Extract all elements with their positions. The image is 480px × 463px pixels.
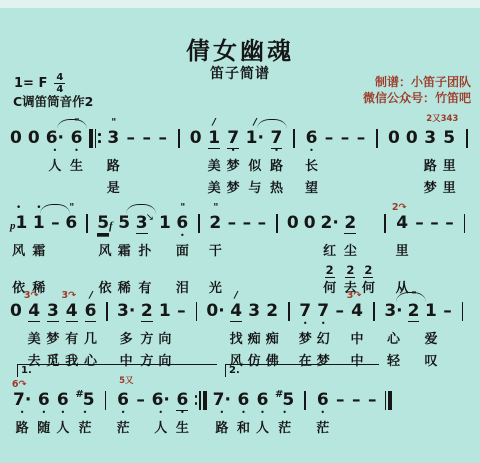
barline-begin [89,128,101,148]
lyric-l1 [388,419,389,439]
barline-final [385,390,392,410]
note-cell: /1·似与 [246,116,264,199]
note-cell: 2又3433路梦 [424,116,437,199]
repeat-dots [98,133,101,142]
note-cell: 7•梦在 [299,289,312,372]
lyric-l1 [411,157,412,177]
octave-dot-below: • [60,410,65,417]
note-number: 2 [266,301,278,321]
note-number: 0 [304,213,316,233]
lyric-l1 [393,157,394,177]
barline-cell [369,289,379,372]
note-number: 2· [321,213,339,233]
lyric-l1 [372,419,373,439]
lyric-l1 [309,242,310,262]
note-number: 6 [238,390,250,410]
barline-cell [372,116,382,199]
note-number: 3 [248,301,260,321]
barline-cell [194,201,204,299]
octave-dot-above: • [16,203,21,213]
lyric-l1 [368,242,369,262]
lyric-l1: 美 [208,157,221,177]
note-number: 6· [152,390,170,410]
note-cell: 7•梦梦 [227,116,240,199]
lyric-l2 [411,179,412,199]
grace-note: 2↷ [392,202,407,213]
barline-plain [466,128,468,148]
note-number: 7· [13,390,31,410]
barline-plain [293,128,295,148]
lyric-l2 [345,179,346,199]
note-cell: 6•茫 [316,378,329,439]
lyric-l1 [413,330,414,350]
lyric-l1 [345,157,346,177]
note-cell: – [442,289,452,372]
note-number: – [142,128,151,148]
lyric-l2 [146,179,147,199]
lyric-l1 [215,330,216,350]
volta-bracket: 2. [225,364,379,377]
note-number: 0 [388,128,400,148]
lyric-l1 [146,157,147,177]
note-number: – [325,128,334,148]
note-cell: 3梦觅 [46,289,59,372]
note-cell: – [367,378,377,439]
lyric-l1: 中 [351,330,364,350]
note-cell: ''2方方 [140,289,153,372]
note-number: – [126,128,135,148]
note-cell: 3↷4有我 [64,289,79,372]
lyric-l1 [87,242,88,262]
note-number: – [368,390,377,410]
note-number: 7· [213,390,231,410]
barline-plain [376,128,378,148]
note-number: 6 [57,390,69,410]
lyric-l1: 生 [176,419,189,439]
barline-plain [384,213,386,233]
lyric-l1: 茫 [117,419,130,439]
lyric-l1: 人 [48,157,61,177]
barline-cell [101,378,111,439]
note-cell: – [257,201,267,299]
octave-dot-below: • [180,233,185,240]
lyric-l1 [462,330,463,350]
grace-slash-icon: / [88,290,94,301]
note-number: 7 [299,301,311,321]
note-number: – [257,213,266,233]
note-cell: 6↷7·•路 [13,378,31,439]
lyric-l1 [15,330,16,350]
note-number: 6 [317,390,329,410]
lyric-l2: 与 [248,179,261,199]
barline-cell [459,201,469,299]
note-number [364,213,373,233]
lyric-l1: 梦 [299,330,312,350]
lyric-l2: 梦 [424,179,437,199]
note-cell: 3↘扑有 [136,201,154,299]
alt-note-row: 2 [345,262,355,277]
note-cell: /4找风 [230,289,243,372]
lyric-l1 [361,157,362,177]
note-cell: 0 [287,201,299,299]
trill-icon: '' [180,202,184,213]
barline-cell [174,116,184,199]
note-number: 3 [107,128,119,148]
lyric-l1 [164,242,165,262]
note-number: 6 [65,213,77,233]
note-number: 1 [159,301,171,321]
grace-note: 3↷ [61,290,76,301]
note-cell: – [356,116,366,199]
note-cell: – [429,201,439,299]
note-number: 6 [257,390,269,410]
note-cell: ''6 [65,201,77,299]
note-number: 5 [83,390,95,410]
lyric-l1 [419,242,420,262]
note-cell: 6·•人 [46,116,64,199]
octave-dot-below: • [121,410,126,417]
lyric-l1: 爱 [424,330,437,350]
lyric-l1: 梦 [46,330,59,350]
lyric-l1 [288,330,289,350]
note-cell: ''3路是 [107,116,120,199]
lyric-l1: 人 [154,419,167,439]
octave-dot-below: • [74,148,79,155]
note-cell: – [242,201,252,299]
slur-arc [257,119,287,129]
lyric-l1 [15,157,16,177]
repeat-dots [195,395,198,404]
lyric-l2: 梦 [227,179,240,199]
note-cell: – [414,201,424,299]
lyric-l1: 人 [56,419,69,439]
note-number: 0 [287,213,299,233]
barline-cell [289,116,299,199]
lyric-l2 [377,179,378,199]
note-cell: 1爱叹 [424,289,437,372]
note-cell: 3·心轻 [384,289,402,372]
lyric-l1: 美 [28,330,41,350]
note-cell: /6几心 [84,289,97,372]
octave-dot-below: • [52,148,57,155]
lyric-l2 [162,179,163,199]
lyric-l1: 尘 [344,242,357,262]
note-cell: 1 [159,201,171,299]
lyric-l1: 找 [230,330,243,350]
sheet-music-page: 倩女幽魂 笛子简谱 1= F 4 4 C调笛筒音作2 制谱：小笛子团队 微信公众… [0,0,480,463]
barline-plain [196,301,198,321]
lyric-l2: 美 [208,179,221,199]
lyric-l1: 几 [84,330,97,350]
note-number: 4 [396,213,408,233]
score-line: 006·•人''6•生''3路是–––0/1美美7•梦梦/1·似与7•路热6•长… [10,116,472,199]
lyric-l1 [276,242,277,262]
octave-dot-below: • [260,410,265,417]
alt-note-row: 2 [325,262,335,277]
note-number: 1 [33,213,45,233]
note-cell: – [142,116,152,199]
note-cell: ''2干光 [209,201,222,299]
note-cell: – [136,378,146,439]
note-number: 1 [159,213,171,233]
lyric-l1: 痴 [248,330,261,350]
lyric-l2 [447,352,448,372]
trill-icon: '' [213,202,217,213]
credits: 制谱：小笛子团队 微信公众号：竹笛吧 [363,75,471,106]
lyric-l1 [130,157,131,177]
barline-cell [272,201,282,299]
lyric-l1 [94,157,95,177]
note-cell: 0 [304,201,316,299]
grace-slash-icon: / [233,290,239,301]
lyric-l1 [162,157,163,177]
octave-dot-below: • [219,410,224,417]
barline-cell [82,201,92,299]
slur-arc [396,292,426,302]
note-cell: #5•茫 [275,378,294,439]
barline-cell [457,289,467,372]
lyric-l2 [130,179,131,199]
lyric-l1 [196,330,197,350]
lyric-l2: 是 [107,179,120,199]
barline-plain [288,301,290,321]
credit-line-1: 制谱：小笛子团队 [363,75,471,91]
lyric-l1 [198,242,199,262]
note-cell: •p1风依 [10,201,27,299]
note-number: 3 [424,128,436,148]
barline-plain [373,301,375,321]
lyric-l1 [466,157,467,177]
note-number: 6· [46,128,64,148]
lyric-l2 [178,179,179,199]
note-cell: 6•生 [176,378,189,439]
note-cell: 3·多中 [117,289,135,372]
note-cell: 3↷4美去 [27,289,42,372]
octave-dot-below: • [20,410,25,417]
octave-dot-below: • [321,321,326,328]
note-cell: 2尘2去 [344,201,357,299]
lyric-l1: 红 [323,242,336,262]
lyric-l2 [195,179,196,199]
lyric-l1: 梦 [227,157,240,177]
note-cell: 3↷4中中 [350,289,365,372]
lyric-l1: 痴 [266,330,279,350]
lyric-l1 [356,419,357,439]
note-cell: 7•幻梦 [317,289,330,372]
barline-cell [195,378,207,439]
lyric-l1 [434,242,435,262]
note-number: 4 [230,301,242,322]
lyric-l1 [305,419,306,439]
lyric-l1: 多 [120,330,133,350]
slur-arc [57,119,87,129]
note-cell: •1霜稀 [32,201,45,299]
note-cell: 3痴仿 [248,289,261,372]
lyric-l1 [340,419,341,439]
tuning-note: C调笛筒音作2 [13,92,93,110]
note-number: 4 [28,301,40,322]
barline-cell [89,116,101,199]
lyric-l1 [377,157,378,177]
octave-dot-below: • [158,410,163,417]
slur-arc [126,204,156,214]
note-cell: 0 [406,116,418,199]
octave-dot-below: • [180,410,185,417]
lyric-l1 [195,157,196,177]
lyric-l1: 有 [65,330,78,350]
lyric-l1 [293,157,294,177]
lyric-l1: 似 [248,157,261,177]
grace-slash-icon: / [211,117,217,128]
credit-line-2: 微信公众号：竹笛吧 [363,91,471,107]
barline-plain [178,128,180,148]
barline-plain [304,390,306,410]
note-cell: 6•和 [237,378,250,439]
barline-plain [464,213,466,233]
lyric-l2 [393,179,394,199]
lyric-l2 [466,179,467,199]
note-number: – [445,213,454,233]
lyric-l1 [140,419,141,439]
barline-cell [191,289,201,372]
note-cell: – [176,289,186,372]
slide-down-icon: ↘ [146,213,154,223]
note-number: – [430,213,439,233]
note-cell: 0 [10,289,22,372]
note-cell: ''6•面泪 [176,201,189,299]
lyric-l1 [447,330,448,350]
octave-dot-below: • [83,410,88,417]
lyric-l1 [200,419,201,439]
note-number: 0 [190,128,202,148]
note-number: 2 [408,301,420,322]
octave-dot-below: • [303,321,308,328]
note-number: – [177,301,186,321]
barline-end [195,390,207,410]
barline-plain [462,301,464,321]
alt-note-row: 2 [363,262,373,277]
note-cell: – [227,201,237,299]
alt-note: 2 [363,263,373,278]
note-number: 5 [443,128,455,148]
dynamic-mark: f [109,220,113,233]
lyric-l1 [246,242,247,262]
lyric-l1 [55,242,56,262]
lyric-l2 [33,179,34,199]
note-cell: 2↷4里从 [395,201,410,299]
lyric-l1 [292,242,293,262]
octave-dot-below: • [41,410,46,417]
note-cell: – [335,378,345,439]
lyric-l1: 人 [256,419,269,439]
barline-plain [86,213,88,233]
lyric-l2 [462,352,463,372]
note-cell: 5里里 [443,116,456,199]
note-cell: 0· [206,289,224,372]
lyric-l1: 生 [70,157,83,177]
lyric-l2 [15,179,16,199]
score-line: 1.2.6↷7·•路6•随6•人#5•茫5又6•茫–6·•人6•生7·•路6•和… [13,364,393,439]
note-cell: – [126,116,136,199]
note-cell: 6•随 [37,378,50,439]
lyric-l1: 风 [12,242,25,262]
note-cell: – [335,289,345,372]
note-number: – [227,213,236,233]
octave-dot-below: • [241,410,246,417]
lyric-l1 [329,157,330,177]
note-cell: 6•人 [56,378,69,439]
note-number: 6 [117,390,129,410]
octave-dot-below: • [274,148,279,155]
note-number: – [415,213,424,233]
lyric-l2: 热 [270,179,283,199]
lyric-l1: 茫 [316,419,329,439]
lyric-l2: 里 [443,179,456,199]
note-number: – [352,390,361,410]
lyric-l1: 风 [98,242,111,262]
note-cell: 6·•人 [152,378,170,439]
note-cell: – [351,378,361,439]
lyric-l1 [339,330,340,350]
note-number: 0 [28,128,40,148]
lyric-l1: 和 [237,419,250,439]
note-number: 6 [176,213,188,233]
note-cell: 5又6•茫 [117,378,130,439]
lyric-l1: 干 [209,242,222,262]
note-number: 3 [47,301,59,322]
lyric-l1: 里 [443,157,456,177]
lyric-l1 [178,157,179,177]
lyric-l1 [261,242,262,262]
note-cell: /1美美 [208,116,221,199]
ornament-annotation: 5又 [119,376,133,386]
note-number: 1 [208,128,220,149]
lyric-l2: 望 [305,179,318,199]
lyric-l1: 霜 [32,242,45,262]
note-number: 6 [306,128,318,148]
note-cell: 0 [10,116,22,199]
note-number: 5 [118,213,130,233]
note-cell: 1向向 [158,289,171,372]
lyric-l1: 扑 [138,242,151,262]
note-number: 2 [344,213,356,234]
alt-note: 2 [325,263,335,278]
lyric-l1 [181,330,182,350]
trill-icon: '' [145,290,149,301]
barline-cell [300,378,310,439]
barline-cell [102,289,112,372]
note-number: 4 [66,301,78,322]
lyric-l2 [293,179,294,199]
note-cell: 5f风依 [97,201,113,299]
note-number: – [336,390,345,410]
lyric-l1: 路 [215,419,228,439]
note-cell: 0 [28,116,40,199]
alt-note: 2 [345,263,355,278]
note-cell: 5霜稀 [118,201,131,299]
note-number: 2 [141,301,153,322]
note-number: – [136,390,145,410]
lyric-l1 [71,242,72,262]
grace-note: 6↷ [12,379,27,390]
note-cell: 0 [190,116,202,199]
note-cell: 7·•路 [213,378,231,439]
note-cell: 2痴佛 [266,289,279,372]
barline-cell [380,201,390,299]
lyric-l1: 霜 [118,242,131,262]
lyric-l1 [105,419,106,439]
note-number: 1 [16,213,28,233]
